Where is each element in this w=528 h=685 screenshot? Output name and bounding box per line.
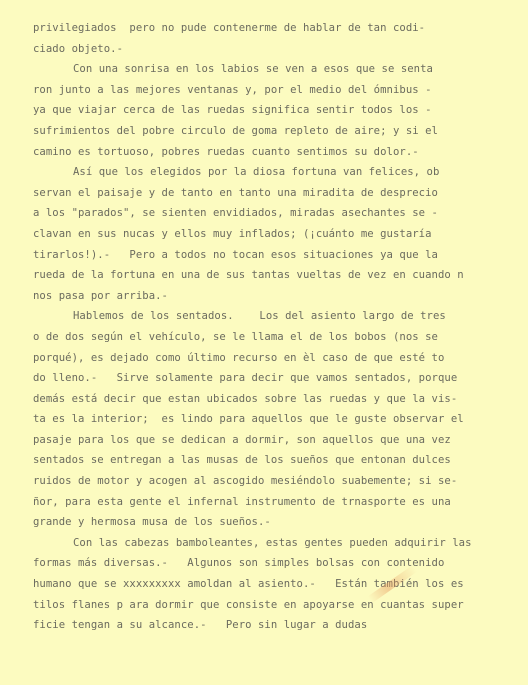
typewritten-page: privilegiados pero no pude contenerme de… xyxy=(0,0,528,685)
text-line: grande y hermosa musa de los sueños.- xyxy=(33,512,513,533)
document-body: privilegiados pero no pude contenerme de… xyxy=(33,18,513,636)
text-line: ron junto a las mejores ventanas y, por … xyxy=(33,80,513,101)
text-line: privilegiados pero no pude contenerme de… xyxy=(33,18,513,39)
text-line: clavan en sus nucas y ellos muy inflados… xyxy=(33,224,513,245)
text-line: Con las cabezas bamboleantes, estas gent… xyxy=(33,533,513,554)
text-line: a los "parados", se sienten envidiados, … xyxy=(33,203,513,224)
text-line: servan el paisaje y de tanto en tanto un… xyxy=(33,183,513,204)
text-line: pasaje para los que se dedican a dormir,… xyxy=(33,430,513,451)
text-line: demás está decir que estan ubicados sobr… xyxy=(33,389,513,410)
text-line: tirarlos!).- Pero a todos no tocan esos … xyxy=(33,245,513,266)
text-line: do lleno.- Sirve solamente para decir qu… xyxy=(33,368,513,389)
text-line: o de dos según el vehículo, se le llama … xyxy=(33,327,513,348)
text-line: humano que se xxxxxxxxx amoldan al asien… xyxy=(33,574,513,595)
text-line: formas más diversas.- Algunos son simple… xyxy=(33,553,513,574)
text-line: ficie tengan a su alcance.- Pero sin lug… xyxy=(33,615,513,636)
text-line: ñor, para esta gente el infernal instrum… xyxy=(33,492,513,513)
text-line: Con una sonrisa en los labios se ven a e… xyxy=(33,59,513,80)
text-line: sufrimientos del pobre circulo de goma r… xyxy=(33,121,513,142)
text-line: sentados se entregan a las musas de los … xyxy=(33,450,513,471)
text-line: nos pasa por arriba.- xyxy=(33,286,513,307)
text-line: tilos flanes p ara dormir que consiste e… xyxy=(33,595,513,616)
text-line: ta es la interior; es lindo para aquello… xyxy=(33,409,513,430)
text-line: Hablemos de los sentados. Los del asient… xyxy=(33,306,513,327)
text-line: camino es tortuoso, pobres ruedas cuanto… xyxy=(33,142,513,163)
text-line: Así que los elegidos por la diosa fortun… xyxy=(33,162,513,183)
text-line: rueda de la fortuna en una de sus tantas… xyxy=(33,265,513,286)
text-line: ruidos de motor y acogen al ascogido mes… xyxy=(33,471,513,492)
text-line: ya que viajar cerca de las ruedas signif… xyxy=(33,100,513,121)
text-line: ciado objeto.- xyxy=(33,39,513,60)
text-line: porqué), es dejado como último recurso e… xyxy=(33,348,513,369)
